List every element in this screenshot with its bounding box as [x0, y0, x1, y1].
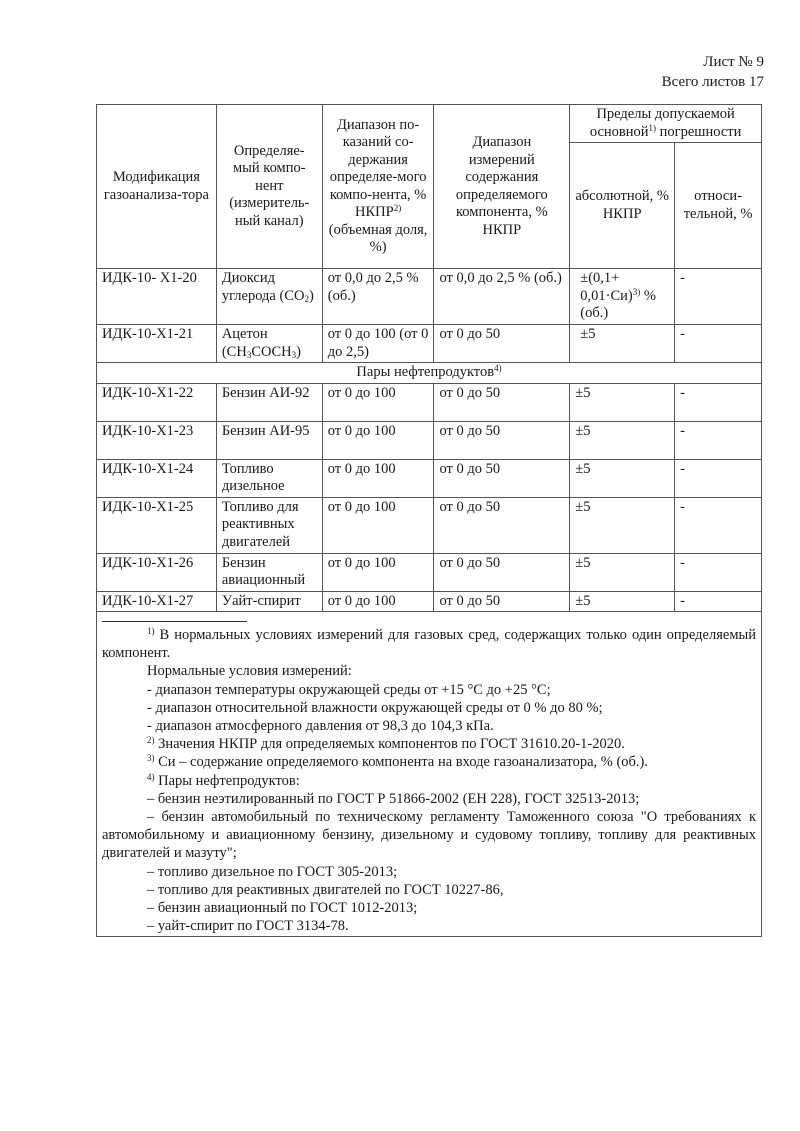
table-row: ИДК-10-Х1-26Бензин авиационныйот 0 до 10…	[97, 553, 762, 591]
cell-component: Уайт-спирит	[216, 591, 322, 612]
footnotes: 1) В нормальных условиях измерений для г…	[97, 612, 762, 937]
cell-component: Топливо для реактивных двигателей	[216, 497, 322, 553]
notes-row: 1) В нормальных условиях измерений для г…	[97, 612, 762, 937]
header-component: Определяе-мый компо-нент (измеритель-ный…	[216, 105, 322, 269]
cell-reading-range: от 0 до 100	[322, 421, 434, 459]
table-row: ИДК-10-Х1-21 Ацетон (CH3COCH3) от 0 до 1…	[97, 325, 762, 363]
cell-component: Ацетон (CH3COCH3)	[216, 325, 322, 363]
petroleum-standard-item: – топливо дизельное по ГОСТ 305-2013;	[102, 863, 756, 881]
cell-model: ИДК-10-Х1-21	[97, 325, 217, 363]
normal-condition-item: - диапазон температуры окружающей среды …	[102, 681, 756, 699]
petroleum-standards-list: – бензин неэтилированный по ГОСТ Р 51866…	[102, 790, 756, 936]
cell-model: ИДК-10-Х1-23	[97, 421, 217, 459]
cell-measure-range: от 0 до 50	[434, 497, 570, 553]
cell-abs-error: ±5	[570, 325, 675, 363]
header-abs-error: абсолютной, % НКПР	[570, 143, 675, 269]
cell-measure-range: от 0 до 50	[434, 383, 570, 421]
cell-rel-error: -	[675, 421, 762, 459]
footnote-rule	[102, 621, 247, 622]
cell-reading-range: от 0 до 100	[322, 383, 434, 421]
cell-rel-error: -	[675, 553, 762, 591]
table-row: ИДК-10- Х1-20 Диоксид углерода (CO2) от …	[97, 269, 762, 325]
cell-abs-error: ±(0,1+ 0,01·Си)3) % (об.)	[570, 269, 675, 325]
table-row: ИДК-10-Х1-23Бензин АИ-95от 0 до 100от 0 …	[97, 421, 762, 459]
cell-abs-error: ±5	[570, 553, 675, 591]
header-error-group: Пределы допускаемой основной1) погрешнос…	[570, 105, 762, 143]
cell-rel-error: -	[675, 383, 762, 421]
cell-rel-error: -	[675, 459, 762, 497]
cell-component: Бензин АИ-95	[216, 421, 322, 459]
cell-abs-error: ±5	[570, 421, 675, 459]
cell-model: ИДК-10- Х1-20	[97, 269, 217, 325]
cell-measure-range: от 0 до 50	[434, 325, 570, 363]
petroleum-standard-item: – бензин неэтилированный по ГОСТ Р 51866…	[102, 790, 756, 808]
group-row: Пары нефтепродуктов4)	[97, 363, 762, 384]
total-sheets: Всего листов 17	[662, 72, 764, 92]
cell-model: ИДК-10-Х1-26	[97, 553, 217, 591]
header-measure-range: Диапазон измерений содержания определяем…	[434, 105, 570, 269]
specs-table: Модификация газоанализа-тора Определяе-м…	[96, 104, 762, 937]
cell-model: ИДК-10-Х1-27	[97, 591, 217, 612]
cell-abs-error: ±5	[570, 497, 675, 553]
table-row: ИДК-10-Х1-25Топливо для реактивных двига…	[97, 497, 762, 553]
cell-reading-range: от 0,0 до 2,5 % (об.)	[322, 269, 434, 325]
cell-abs-error: ±5	[570, 459, 675, 497]
cell-component: Топливо дизельное	[216, 459, 322, 497]
table-row: ИДК-10-Х1-24Топливо дизельноеот 0 до 100…	[97, 459, 762, 497]
cell-measure-range: от 0,0 до 2,5 % (об.)	[434, 269, 570, 325]
cell-model: ИДК-10-Х1-25	[97, 497, 217, 553]
header-row-1: Модификация газоанализа-тора Определяе-м…	[97, 105, 762, 143]
cell-component: Диоксид углерода (CO2)	[216, 269, 322, 325]
normal-condition-item: - диапазон атмосферного давления от 98,3…	[102, 717, 756, 735]
cell-abs-error: ±5	[570, 591, 675, 612]
normal-conditions-list: - диапазон температуры окружающей среды …	[102, 681, 756, 736]
cell-component: Бензин авиационный	[216, 553, 322, 591]
cell-measure-range: от 0 до 50	[434, 591, 570, 612]
group-row-label: Пары нефтепродуктов4)	[97, 363, 762, 384]
header-reading-range: Диапазон по-казаний со-держания определя…	[322, 105, 434, 269]
cell-reading-range: от 0 до 100	[322, 497, 434, 553]
cell-measure-range: от 0 до 50	[434, 421, 570, 459]
header-rel-error: относи-тельной, %	[675, 143, 762, 269]
sheet-number: Лист № 9	[662, 52, 764, 72]
cell-abs-error: ±5	[570, 383, 675, 421]
cell-measure-range: от 0 до 50	[434, 553, 570, 591]
footnote-1: 1) В нормальных условиях измерений для г…	[102, 626, 756, 662]
petroleum-standard-item: – бензин авиационный по ГОСТ 1012-2013;	[102, 899, 756, 917]
cell-component: Бензин АИ-92	[216, 383, 322, 421]
page-header: Лист № 9 Всего листов 17	[662, 52, 764, 92]
normal-condition-item: - диапазон относительной влажности окруж…	[102, 699, 756, 717]
footnote-2: 2) Значения НКПР для определяемых компон…	[102, 735, 756, 753]
normal-conditions-title: Нормальные условия измерений:	[102, 662, 756, 680]
cell-rel-error: -	[675, 591, 762, 612]
cell-rel-error: -	[675, 497, 762, 553]
petroleum-standard-item: – топливо для реактивных двигателей по Г…	[102, 881, 756, 899]
table-row: ИДК-10-Х1-22Бензин АИ-92от 0 до 100от 0 …	[97, 383, 762, 421]
cell-model: ИДК-10-Х1-22	[97, 383, 217, 421]
cell-reading-range: от 0 до 100	[322, 553, 434, 591]
cell-rel-error: -	[675, 269, 762, 325]
cell-reading-range: от 0 до 100	[322, 459, 434, 497]
table-row: ИДК-10-Х1-27Уайт-спиритот 0 до 100от 0 д…	[97, 591, 762, 612]
petroleum-standard-item: – уайт-спирит по ГОСТ 3134-78.	[102, 917, 756, 935]
cell-measure-range: от 0 до 50	[434, 459, 570, 497]
footnote-4: 4) Пары нефтепродуктов:	[102, 772, 756, 790]
cell-rel-error: -	[675, 325, 762, 363]
cell-reading-range: от 0 до 100	[322, 591, 434, 612]
cell-model: ИДК-10-Х1-24	[97, 459, 217, 497]
header-model: Модификация газоанализа-тора	[97, 105, 217, 269]
petroleum-rows: ИДК-10-Х1-22Бензин АИ-92от 0 до 100от 0 …	[97, 383, 762, 612]
footnote-3: 3) Си – содержание определяемого компоне…	[102, 753, 756, 771]
petroleum-standard-item: – бензин автомобильный по техническому р…	[102, 808, 756, 863]
cell-reading-range: от 0 до 100 (от 0 до 2,5)	[322, 325, 434, 363]
